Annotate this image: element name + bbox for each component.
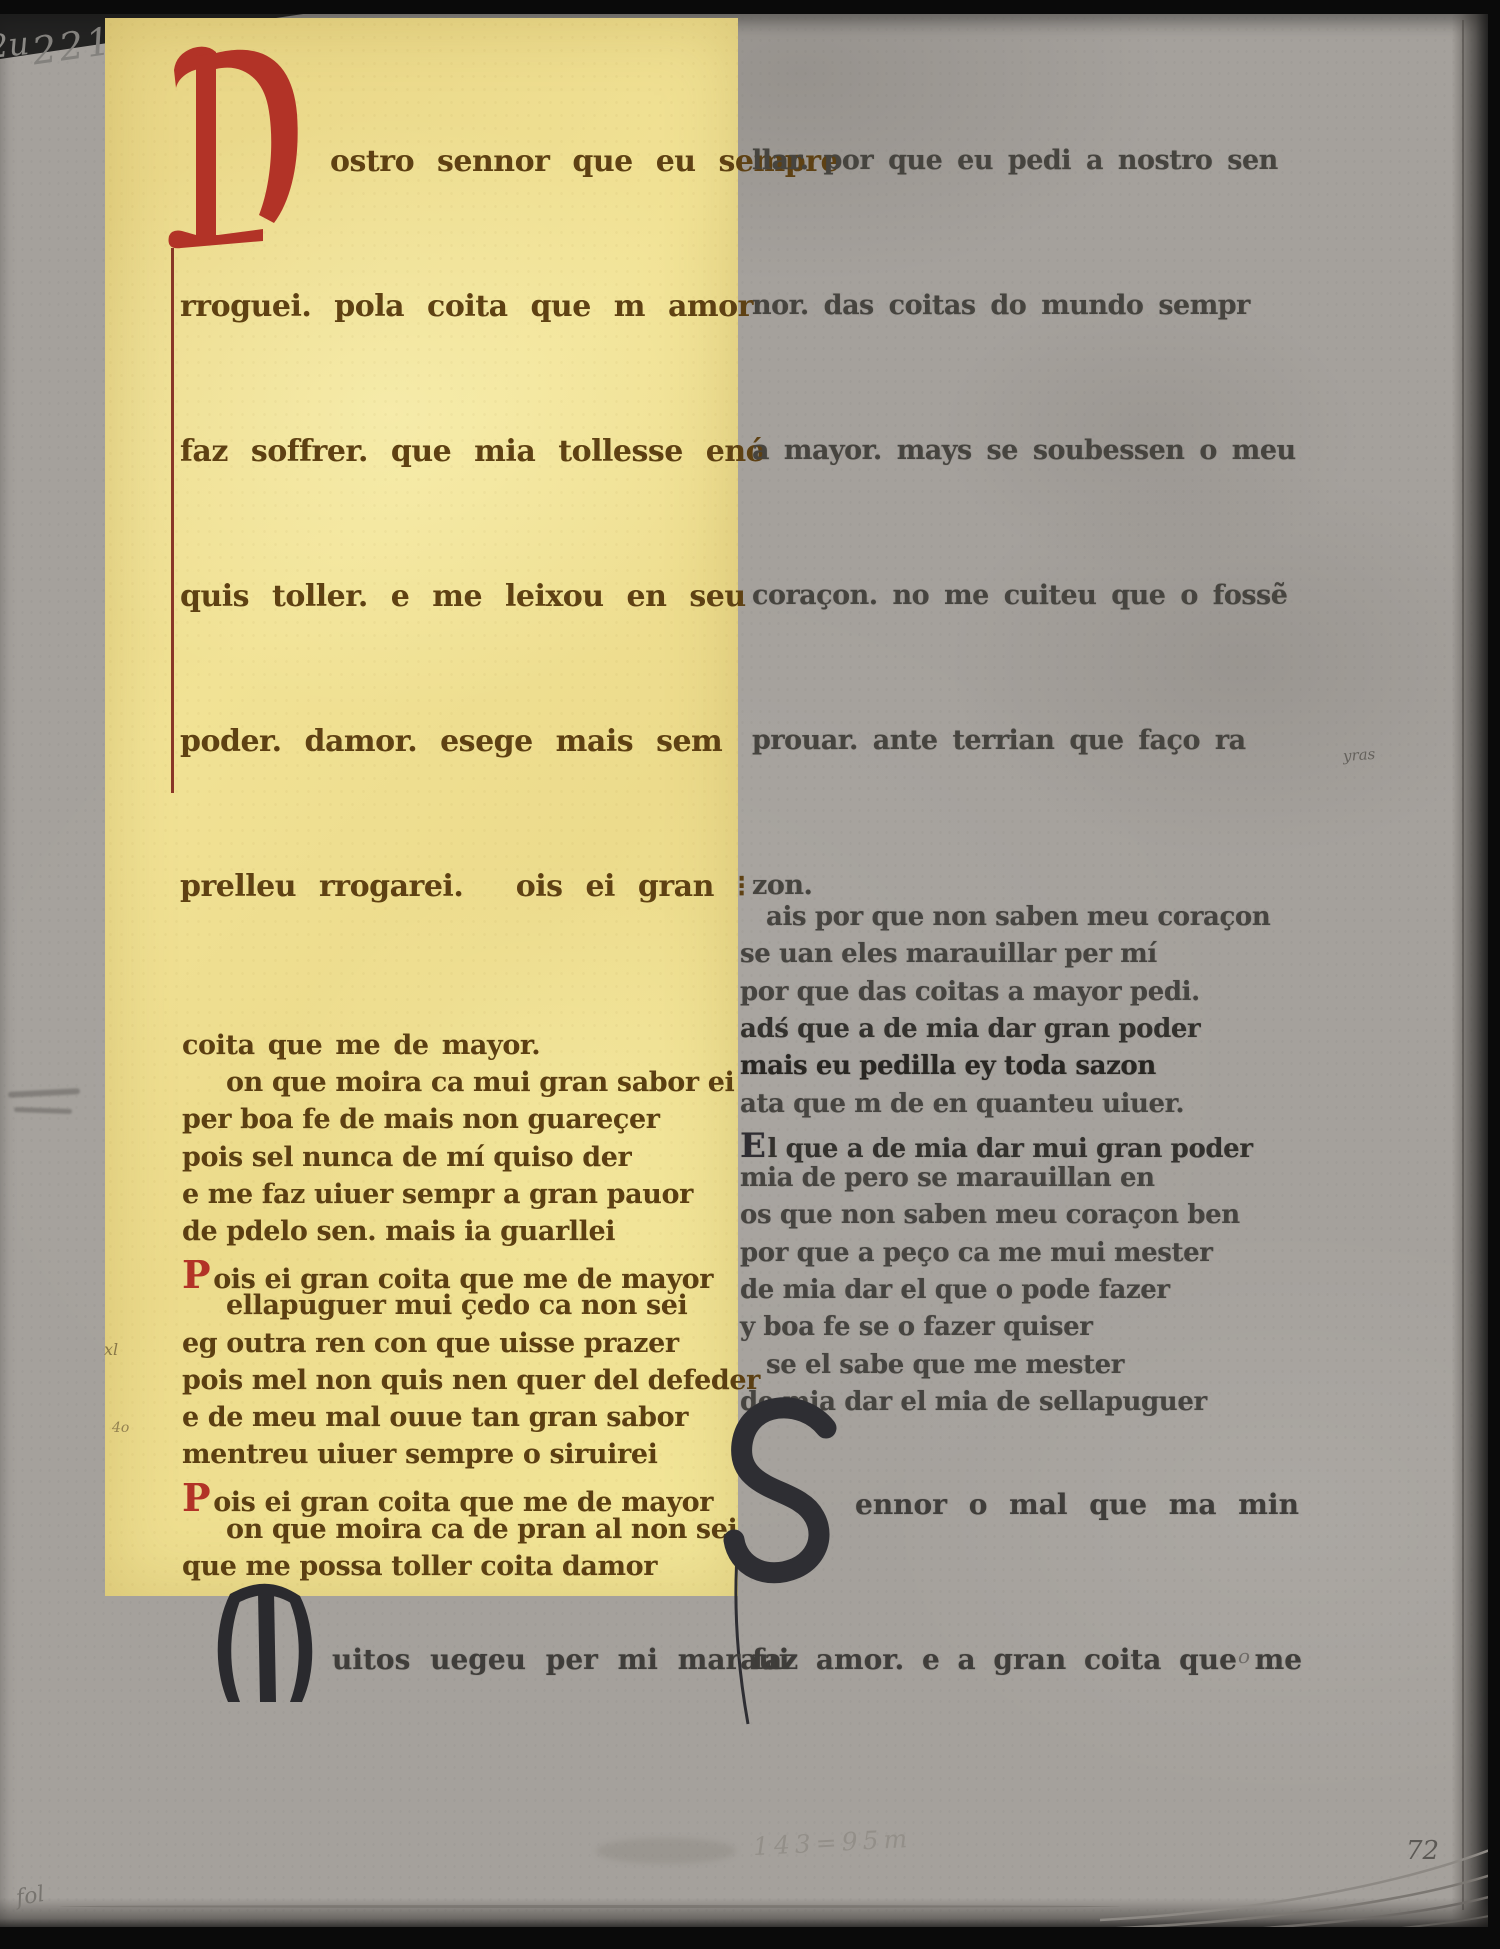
- line-text: se uan eles marauillar per mí: [740, 939, 1157, 969]
- faint-stamp: [596, 1838, 736, 1864]
- stanza-line: prouar. ante terrian que faço ra: [752, 725, 1246, 756]
- line-text: ata que m de en quanteu uiuer.: [740, 1089, 1184, 1119]
- line-text: ellapuguer mui çedo ca non sei: [226, 1290, 687, 1321]
- left-margin-mark-xl: xl: [104, 1340, 118, 1359]
- body-line: mia de pero se marauillan en: [740, 1164, 1155, 1194]
- line-text: y boa fe se o fazer quiser: [740, 1312, 1093, 1342]
- line-text: on que moira ca de pran al non sei: [226, 1514, 737, 1545]
- drop-initial-M: [210, 1584, 320, 1704]
- line-text: faz soffrer. que mia tollesse enó: [180, 434, 765, 469]
- line-text: se el sabe que me mester: [766, 1350, 1124, 1380]
- line-text: poder. damor. esege mais sem: [180, 724, 722, 759]
- line-text: que me possa toller coita damor: [182, 1551, 657, 1582]
- line-text: coraçon. no me cuiteu que o fossẽ: [752, 580, 1287, 611]
- right-margin-scribble: yras: [1342, 745, 1375, 765]
- right-bottom-line: faz amor. e a gran coita que me: [752, 1643, 1302, 1676]
- page-crease: [1462, 20, 1464, 1910]
- line-text: a mayor. mays se soubessen o meu: [752, 435, 1296, 466]
- line-text: pois mel non quis nen quer del defeder: [182, 1365, 760, 1396]
- body-line: coita que me de mayor.: [182, 1030, 540, 1061]
- line-text: e de meu mal ouue tan gran sabor: [182, 1402, 688, 1433]
- body-line: os que non saben meu coraçon ben: [740, 1201, 1240, 1231]
- line-text: por que a peço ca me mui mester: [740, 1238, 1213, 1268]
- edge-mark-top-left: 2u: [0, 24, 31, 66]
- body-line: por que a peço ca me mui mester: [740, 1239, 1213, 1269]
- line-text: quis toller. e me leixou en seu: [180, 579, 746, 614]
- body-line: de mia dar el que o pode fazer: [740, 1276, 1170, 1306]
- line-text: rroguei. pola coita que m amor: [180, 289, 753, 324]
- line-text: prouar. ante terrian que faço ra: [752, 725, 1246, 756]
- black-border-top: [0, 0, 1500, 14]
- line-text: prelleu rrogarei. ois ei gran ⁝: [180, 869, 746, 904]
- stanza-line: prelleu rrogarei. ois ei gran ⁝: [180, 870, 746, 905]
- stanza-line: poder. damor. esege mais sem: [180, 725, 722, 760]
- body-line: e de meu mal ouue tan gran sabor: [182, 1402, 688, 1433]
- line-text: os que non saben meu coraçon ben: [740, 1200, 1240, 1230]
- body-line: mentreu uiuer sempre o siruirei: [182, 1439, 657, 1470]
- line-text: zon.: [752, 870, 812, 901]
- body-line: de pdelo sen. mais ia guarllei: [182, 1216, 615, 1247]
- body-line: pois mel non quis nen quer del defeder: [182, 1365, 760, 1396]
- line-text: de pdelo sen. mais ia guarllei: [182, 1216, 615, 1247]
- body-line: ata que m de en quanteu uiuer.: [740, 1090, 1184, 1120]
- stanza-line: rroguei. pola coita que m amor: [180, 290, 753, 325]
- line-text: por que das coitas a mayor pedi.: [740, 977, 1200, 1007]
- line-text: eg outra ren con que uisse prazer: [182, 1328, 679, 1359]
- stanza-line: llar. por que eu pedi a nostro sen: [752, 145, 1278, 176]
- line-text: de mia dar el que o pode fazer: [740, 1275, 1170, 1305]
- stanza-line: faz soffrer. que mia tollesse enó: [180, 435, 765, 470]
- left-bottom-line: uitos uegeu per mi maraui: [332, 1643, 789, 1676]
- line-text: mentreu uiuer sempre o siruirei: [182, 1439, 657, 1470]
- body-line: que me possa toller coita damor: [182, 1551, 657, 1582]
- bottom-left-mark: fol: [14, 1882, 46, 1911]
- page-right-edge: [1452, 13, 1488, 1927]
- line-text: mais eu pedilla ey toda sazon: [740, 1051, 1156, 1081]
- line-text: per boa fe de mais non guareçer: [182, 1104, 660, 1135]
- page-gutter-fold: [0, 13, 102, 1927]
- black-border-bottom: [0, 1927, 1500, 1949]
- line-text: llar. por que eu pedi a nostro sen: [752, 145, 1278, 176]
- line-text: nor. das coitas do mundo sempr: [752, 290, 1250, 321]
- body-line: on que moira ca de pran al non sei: [182, 1514, 737, 1545]
- red-ruling-line: [171, 248, 174, 793]
- body-line: El que a de mia dar mui gran poder: [740, 1127, 1253, 1166]
- body-line: on que moira ca mui gran sabor ei: [182, 1067, 734, 1098]
- section-line: ennor o mal que ma min: [855, 1488, 1299, 1521]
- body-line: pois sel nunca de mí quiso der: [182, 1142, 631, 1173]
- drop-initial-S: [714, 1392, 854, 1732]
- right-small-mark: o: [1238, 1644, 1250, 1668]
- line-text: on que moira ca mui gran sabor ei: [226, 1067, 734, 1098]
- line-text: l que a de mia dar mui gran poder: [768, 1134, 1253, 1164]
- body-line: per boa fe de mais non guareçer: [182, 1104, 660, 1135]
- black-border-right: [1488, 0, 1500, 1949]
- page-bottom-edge-line: [60, 1905, 1120, 1908]
- line-text: ais por que non saben meu coraçon: [766, 902, 1270, 932]
- body-line: y boa fe se o fazer quiser: [740, 1313, 1093, 1343]
- stanza-line: quis toller. e me leixou en seu: [180, 580, 746, 615]
- line-initial: E: [740, 1126, 766, 1166]
- line-text: e me faz uiuer sempr a gran pauor: [182, 1179, 693, 1210]
- body-line: por que das coitas a mayor pedi.: [740, 978, 1200, 1008]
- body-line: se uan eles marauillar per mí: [740, 940, 1157, 970]
- line-text: mia de pero se marauillan en: [740, 1163, 1155, 1193]
- body-line: mais eu pedilla ey toda sazon: [740, 1052, 1156, 1082]
- body-line: e me faz uiuer sempr a gran pauor: [182, 1179, 693, 1210]
- body-line: ellapuguer mui çedo ca non sei: [182, 1290, 687, 1321]
- body-line: ais por que non saben meu coraçon: [740, 903, 1270, 933]
- body-line: eg outra ren con que uisse prazer: [182, 1328, 679, 1359]
- stanza-line: nor. das coitas do mundo sempr: [752, 290, 1250, 321]
- body-line: se el sabe que me mester: [740, 1351, 1124, 1381]
- line-text: coita que me de mayor.: [182, 1030, 540, 1061]
- stanza-line: zon.: [752, 870, 812, 901]
- manuscript-scan: ostro sennor que eu semprerroguei. pola …: [0, 0, 1500, 1949]
- stanza-line: coraçon. no me cuiteu que o fossẽ: [752, 580, 1287, 611]
- left-margin-mark-4o: 4o: [112, 1420, 129, 1436]
- line-text: pois sel nunca de mí quiso der: [182, 1142, 631, 1173]
- stanza-line: a mayor. mays se soubessen o meu: [752, 435, 1296, 466]
- body-line: adś que a de mia dar gran poder: [740, 1015, 1200, 1045]
- line-text: adś que a de mia dar gran poder: [740, 1014, 1200, 1044]
- stanza-line: ostro sennor que eu sempre: [180, 145, 839, 180]
